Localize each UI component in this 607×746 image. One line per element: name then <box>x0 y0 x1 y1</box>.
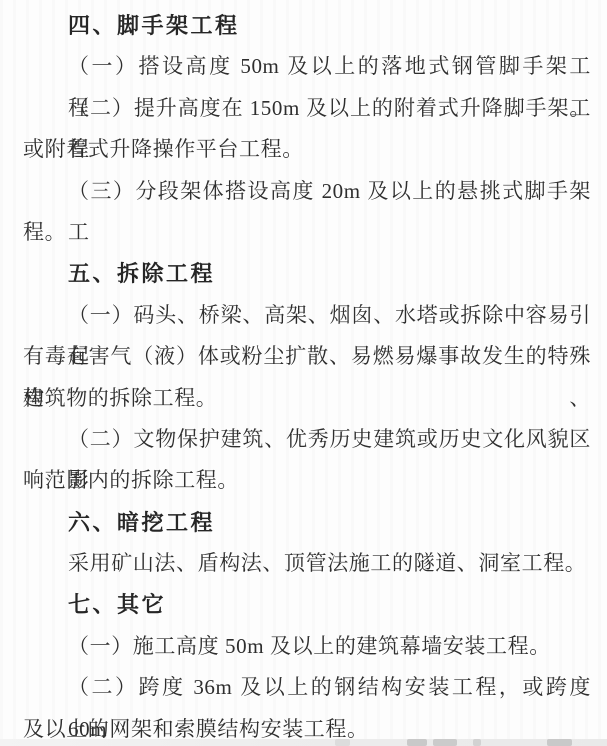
paragraph-line: 或附着式升降操作平台工程。 <box>0 129 607 170</box>
scan-artifact <box>407 739 427 746</box>
scan-artifact <box>473 739 481 746</box>
section-heading-scaffolding: 四、脚手架工程 <box>0 5 607 46</box>
section-heading-excavation: 六、暗挖工程 <box>0 502 607 543</box>
section-heading-other: 七、其它 <box>0 584 607 625</box>
scan-artifact <box>335 739 350 746</box>
paragraph-line: 程。 <box>0 212 607 253</box>
paragraph-line: （一）码头、桥梁、高架、烟囱、水塔或拆除中容易引起 <box>0 295 607 336</box>
paragraph-line: （二）文物保护建筑、优秀历史建筑或历史文化风貌区影 <box>0 419 607 460</box>
document-text-block: 四、脚手架工程 （一）搭设高度 50m 及以上的落地式钢管脚手架工程。 （二）提… <box>0 5 607 746</box>
section-heading-demolition: 五、拆除工程 <box>0 253 607 294</box>
paragraph-line: 响范围内的拆除工程。 <box>0 460 607 501</box>
paragraph-line: （二）跨度 36m 及以上的钢结构安装工程，或跨度 60m <box>0 667 607 708</box>
paragraph-line: （一）施工高度 50m 及以上的建筑幕墙安装工程。 <box>0 626 607 667</box>
scan-edge-bar <box>0 739 607 746</box>
scan-artifact <box>433 739 457 746</box>
document-page: 四、脚手架工程 （一）搭设高度 50m 及以上的落地式钢管脚手架工程。 （二）提… <box>0 0 607 746</box>
paragraph-line: （三）分段架体搭设高度 20m 及以上的悬挑式脚手架工 <box>0 171 607 212</box>
scan-artifact <box>547 739 572 746</box>
paragraph-line: （一）搭设高度 50m 及以上的落地式钢管脚手架工程。 <box>0 46 607 87</box>
paragraph-line: 有毒有害气（液）体或粉尘扩散、易燃易爆事故发生的特殊建、 <box>0 336 607 377</box>
paragraph-line: （二）提升高度在 150m 及以上的附着式升降脚手架工程 <box>0 88 607 129</box>
paragraph-line: 采用矿山法、盾构法、顶管法施工的隧道、洞室工程。 <box>0 543 607 584</box>
